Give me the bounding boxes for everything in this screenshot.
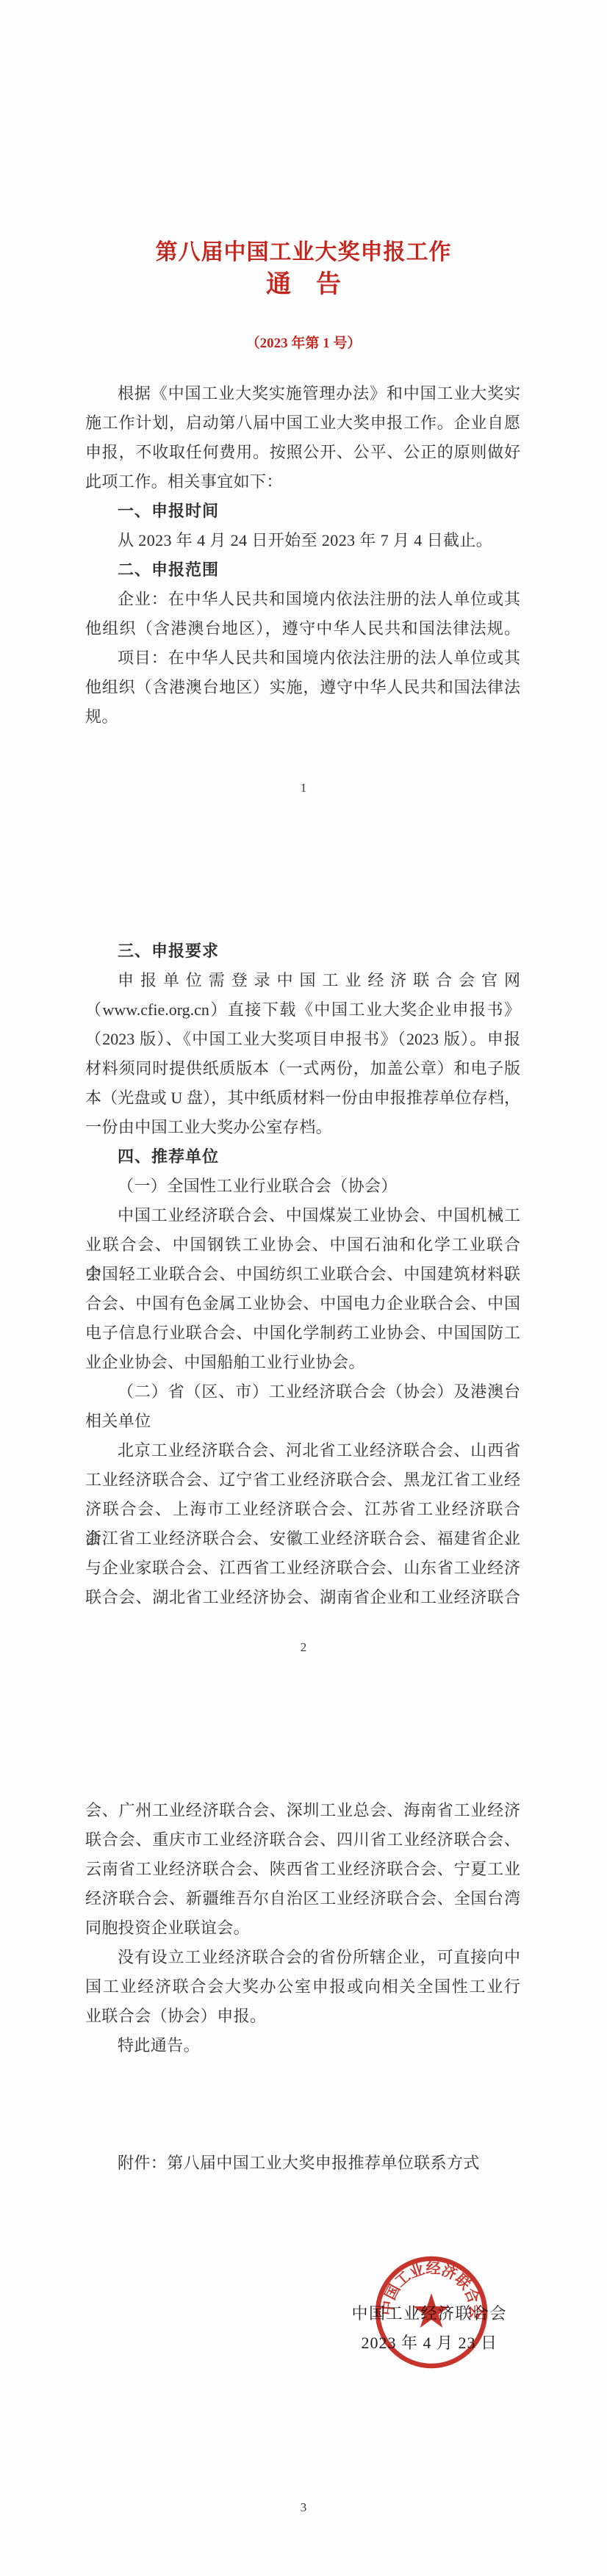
document-line: 会、广州工业经济联合会、深圳工业总会、海南省工业经济 <box>85 1796 520 1825</box>
document-line: 电子信息行业联合会、中国化学制药工业协会、中国国防工 <box>85 1318 520 1348</box>
document-line: 云南省工业经济联合会、陕西省工业经济联合会、宁夏工业 <box>85 1855 520 1884</box>
document-line: 特此通告。 <box>85 2031 520 2060</box>
document-line: 一、申报时间 <box>85 497 520 526</box>
document-line: 一份由中国工业大奖办公室存档。 <box>85 1113 520 1142</box>
notice-heading: 通 告 <box>0 269 607 301</box>
document-line: （2023 版）、《中国工业大奖项目申报书》（2023 版）。申报 <box>85 1025 520 1054</box>
document-line: 北京工业经济联合会、河北省工业经济联合会、山西省 <box>85 1436 520 1465</box>
page-number-1: 1 <box>0 773 607 803</box>
document-line: 施工作计划，启动第八届中国工业大奖申报工作。企业自愿 <box>85 408 520 438</box>
document-line: 二、申报范围 <box>85 555 520 585</box>
official-seal-icon: 中国工业经济联合会 <box>373 2254 490 2371</box>
document-line: 济联合会、上海市工业经济联合会、江苏省工业经济联合会、 <box>85 1495 520 1524</box>
document-line: 相关单位 <box>85 1407 520 1436</box>
document-line: 他组织（含港澳台地区）实施，遵守中华人民共和国法律法 <box>85 673 520 702</box>
page-number-3: 3 <box>0 2493 607 2522</box>
document-line: 合会、中国有色金属工业协会、中国电力企业联合会、中国 <box>85 1289 520 1318</box>
document-line: 联合会、重庆市工业经济联合会、四川省工业经济联合会、 <box>85 1825 520 1855</box>
document-line: 三、申报要求 <box>85 937 520 966</box>
document-line: 工业经济联合会、辽宁省工业经济联合会、黑龙江省工业经 <box>85 1465 520 1495</box>
document-line: 企业：在中华人民共和国境内依法注册的法人单位或其 <box>85 585 520 614</box>
document-title: 第八届中国工业大奖申报工作 <box>0 239 607 266</box>
document-line: 浙江省工业经济联合会、安徽工业经济联合会、福建省企业 <box>85 1524 520 1554</box>
document-line: 没有设立工业经济联合会的省份所辖企业，可直接向中 <box>85 1943 520 1972</box>
page-1-text: 根据《中国工业大奖实施管理办法》和中国工业大奖实施工作计划，启动第八届中国工业大… <box>85 379 520 732</box>
document-line: 中国工业经济联合会、中国煤炭工业协会、中国机械工 <box>85 1201 520 1230</box>
page-2-text: 三、申报要求申报单位需登录中国工业经济联合会官网（www.cfie.org.cn… <box>85 937 520 1612</box>
document-line: 经济联合会、新疆维吾尔自治区工业经济联合会、全国台湾 <box>85 1884 520 1913</box>
document-line: 附件：第八届中国工业大奖申报推荐单位联系方式 <box>85 2149 520 2178</box>
issue-number: （2023 年第 1 号） <box>0 335 607 353</box>
document-line: 申报单位需登录中国工业经济联合会官网 <box>85 966 520 995</box>
document-line: 中国轻工业联合会、中国纺织工业联合会、中国建筑材料联 <box>85 1260 520 1289</box>
document-line <box>85 2119 520 2149</box>
document-line: 根据《中国工业大奖实施管理办法》和中国工业大奖实 <box>85 379 520 408</box>
document-line: 联合会、湖北省工业经济协会、湖南省企业和工业经济联合 <box>85 1583 520 1612</box>
star-icon <box>413 2293 449 2328</box>
document-line: 此项工作。相关事宜如下： <box>85 467 520 497</box>
document-line: 申报，不收取任何费用。按照公开、公平、公正的原则做好 <box>85 438 520 467</box>
document-line: （二）省（区、市）工业经济联合会（协会）及港澳台 <box>85 1377 520 1407</box>
document-line: 他组织（含港澳台地区），遵守中华人民共和国法律法规。 <box>85 614 520 643</box>
document-line: 业联合会（协会）申报。 <box>85 2002 520 2031</box>
document-line: 业联合会、中国钢铁工业协会、中国石油和化学工业联合会、 <box>85 1230 520 1260</box>
document-line: 国工业经济联合会大奖办公室申报或向相关全国性工业行 <box>85 1972 520 2002</box>
document-line: 本（光盘或 U 盘），其中纸质材料一份由申报推荐单位存档， <box>85 1083 520 1113</box>
document-line: 四、推荐单位 <box>85 1142 520 1172</box>
document-line <box>85 2060 520 2090</box>
document-line: 项目：在中华人民共和国境内依法注册的法人单位或其 <box>85 643 520 673</box>
page-3-text: 会、广州工业经济联合会、深圳工业总会、海南省工业经济联合会、重庆市工业经济联合会… <box>85 1796 520 2178</box>
document-line: 与企业家联合会、江西省工业经济联合会、山东省工业经济 <box>85 1554 520 1583</box>
document-line: 从 2023 年 4 月 24 日开始至 2023 年 7 月 4 日截止。 <box>85 526 520 555</box>
document-line: （www.cfie.org.cn）直接下载《中国工业大奖企业申报书》 <box>85 995 520 1025</box>
document-line: 同胞投资企业联谊会。 <box>85 1913 520 1943</box>
document-line: 规。 <box>85 702 520 732</box>
document-line: （一）全国性工业行业联合会（协会） <box>85 1172 520 1201</box>
document-line: 材料须同时提供纸质版本（一式两份，加盖公章）和电子版 <box>85 1054 520 1083</box>
notice-document: 第八届中国工业大奖申报工作 通 告 （2023 年第 1 号） 根据《中国工业大… <box>0 0 607 2576</box>
page-number-2: 2 <box>0 1633 607 1662</box>
document-line <box>85 2090 520 2119</box>
document-line: 业企业协会、中国船舶工业行业协会。 <box>85 1348 520 1377</box>
